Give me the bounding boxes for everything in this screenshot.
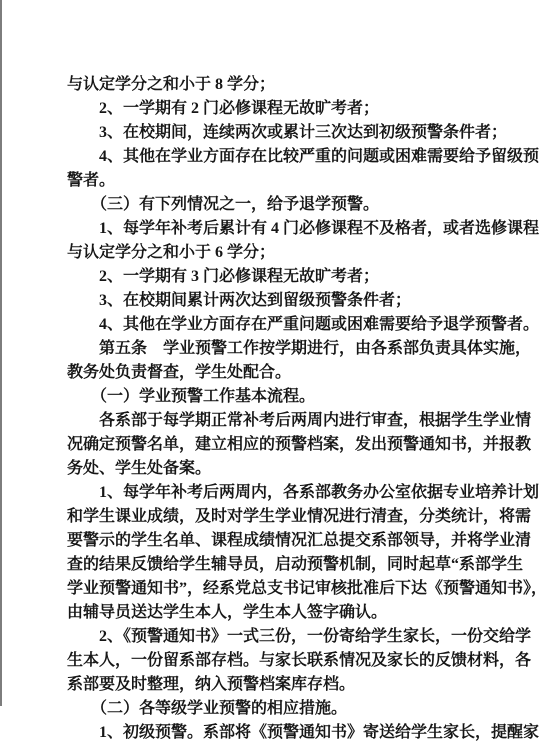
document-line: （一）学业预警工作基本流程。 xyxy=(67,385,537,409)
document-line: 和学生课业成绩，及时对学生学业情况进行清查，分类统计，将需 xyxy=(67,505,537,529)
page-scan-edge-line xyxy=(0,0,2,706)
document-line: 查的结果反馈给学生辅导员，启动预警机制，同时起草“系部学生 xyxy=(67,553,537,577)
document-line: 4、其他在学业方面存在比较严重的问题或困难需要给予留级预 xyxy=(67,145,537,169)
document-line: 生本人，一份留系部存档。与家长联系情况及家长的反馈材料，各 xyxy=(67,649,537,673)
document-line: 要警示的学生名单、课程成绩情况汇总提交系部领导，并将学业清 xyxy=(67,529,537,553)
document-line: 第五条 学业预警工作按学期进行，由各系部负责具体实施， xyxy=(67,337,537,361)
document-line: 1、每学年补考后累计有 4 门必修课程不及格者，或者选修课程 xyxy=(67,217,537,241)
document-line: 学业预警通知书”，经系党总支书记审核批准后下达《预警通知书》， xyxy=(67,577,537,601)
document-line: 务处、学生处备案。 xyxy=(67,457,537,481)
document-line: 与认定学分之和小于 8 学分； xyxy=(67,73,537,97)
document-line: 3、在校期间累计两次达到留级预警条件者； xyxy=(67,289,537,313)
document-page: 与认定学分之和小于 8 学分； 2、一学期有 2 门必修课程无故旷考者； 3、在… xyxy=(0,0,548,743)
document-line: 1、每学年补考后两周内，各系部教务办公室依据专业培养计划 xyxy=(67,481,537,505)
document-line: 系部要及时整理，纳入预警档案库存档。 xyxy=(67,673,537,697)
document-line: 2、一学期有 3 门必修课程无故旷考者； xyxy=(67,265,537,289)
document-line: 教务处负责督查，学生处配合。 xyxy=(67,361,537,385)
document-line: （二）各等级学业预警的相应措施。 xyxy=(67,697,537,721)
document-line: 2、《预警通知书》一式三份，一份寄给学生家长，一份交给学 xyxy=(67,625,537,649)
document-line: 警者。 xyxy=(67,169,537,193)
document-line: （三）有下列情况之一，给予退学预警。 xyxy=(67,193,537,217)
document-line: 各系部于每学期正常补考后两周内进行审查，根据学生学业情 xyxy=(67,409,537,433)
document-line: 由辅导员送达学生本人，学生本人签字确认。 xyxy=(67,601,537,625)
document-line: 1、初级预警。系部将《预警通知书》寄送给学生家长，提醒家 xyxy=(67,721,537,743)
document-line: 3、在校期间，连续两次或累计三次达到初级预警条件者； xyxy=(67,121,537,145)
document-line: 4、其他在学业方面存在严重问题或困难需要给予退学预警者。 xyxy=(67,313,537,337)
document-line: 2、一学期有 2 门必修课程无故旷考者； xyxy=(67,97,537,121)
document-text-block: 与认定学分之和小于 8 学分； 2、一学期有 2 门必修课程无故旷考者； 3、在… xyxy=(67,73,537,743)
document-line: 况确定预警名单，建立相应的预警档案，发出预警通知书，并报教 xyxy=(67,433,537,457)
document-line: 与认定学分之和小于 6 学分； xyxy=(67,241,537,265)
